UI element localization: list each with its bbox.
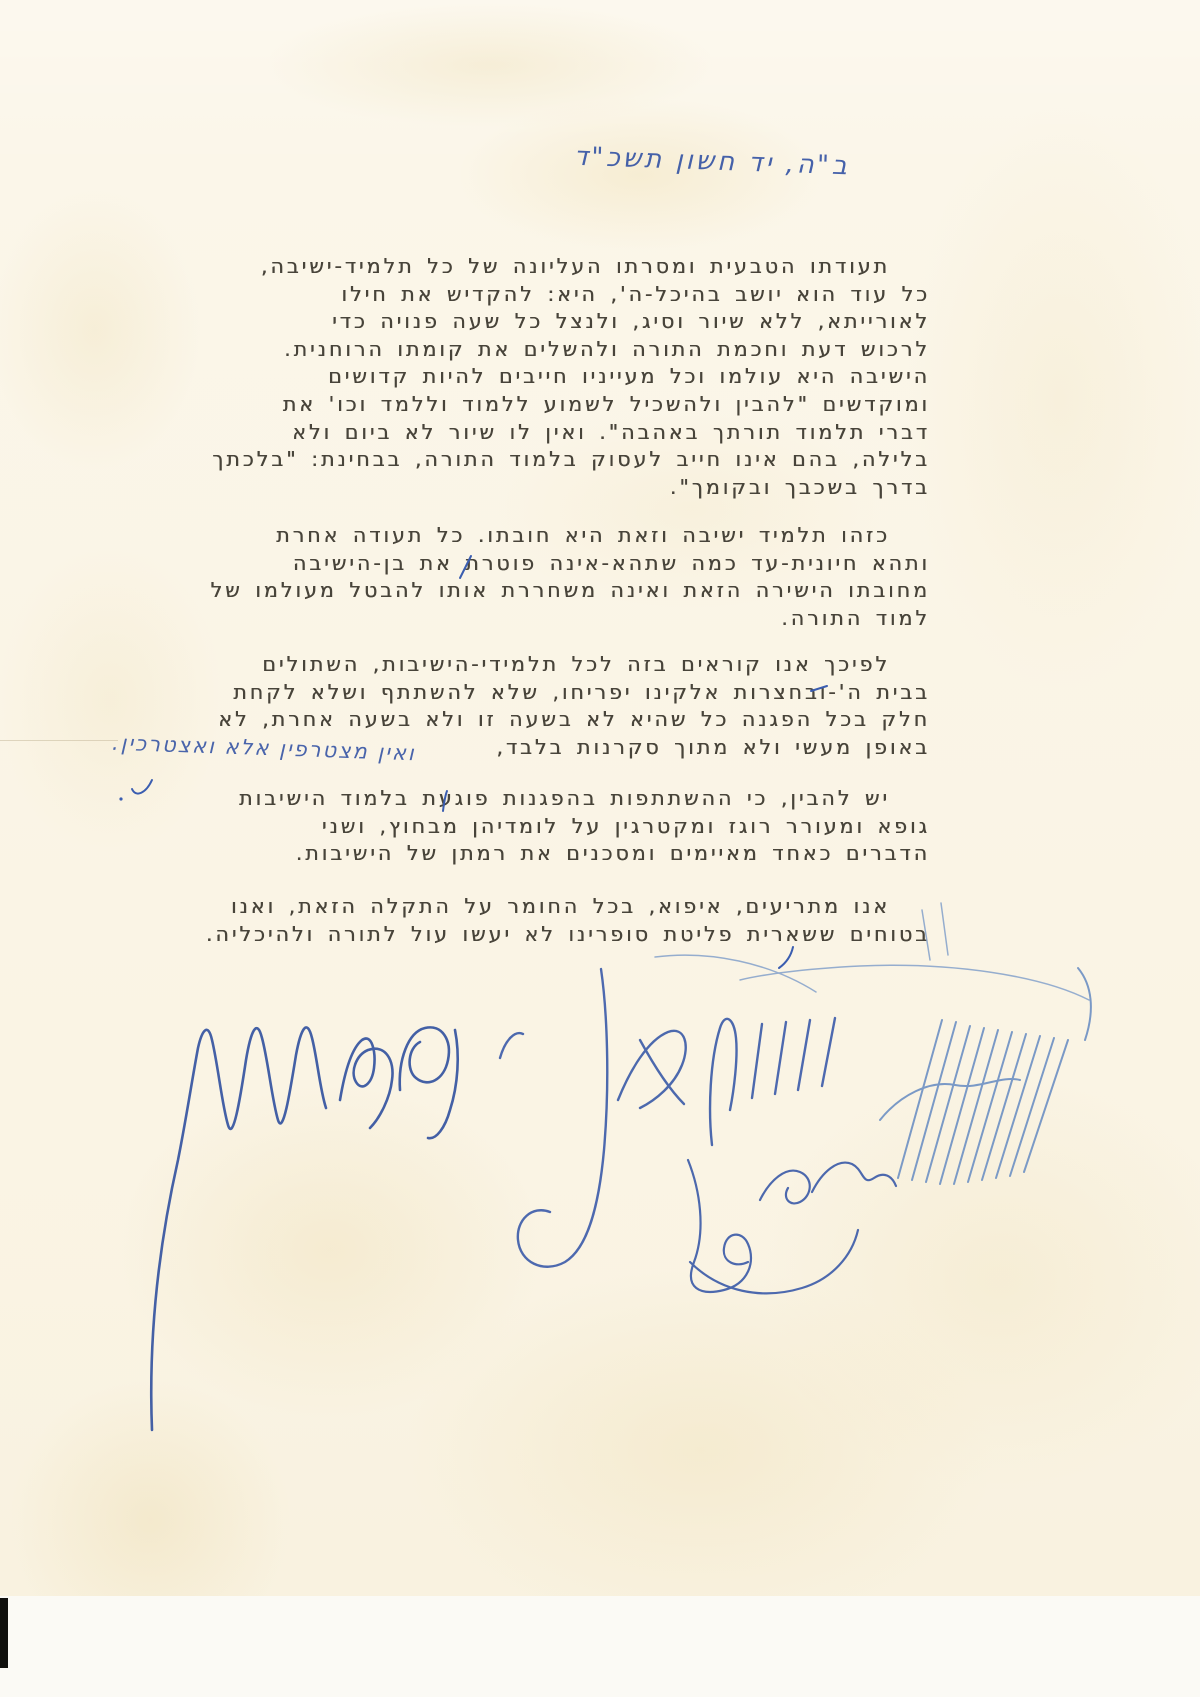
- typed-line: כל עוד הוא יושב בהיכל-ה', היא: להקדיש את…: [98, 281, 930, 309]
- scan-background: [0, 1596, 1200, 1697]
- signature-1: [151, 1027, 457, 1430]
- paragraph-2: כזהו תלמיד ישיבה וזאת היא חובתו. כל תעוד…: [98, 522, 930, 632]
- scan-edge-artifact: [0, 1598, 8, 1668]
- typed-line: לרכוש דעת וחכמת התורה ולהשלים את קומתו ה…: [98, 336, 930, 364]
- typed-line: בדרך בשכבך ובקומך".: [98, 474, 930, 502]
- typed-line: יש להבין, כי ההשתתפות בהפגנות פוגעת בלמו…: [98, 785, 930, 813]
- typed-line: דברי תלמוד תורתך באהבה". ואין לו שיור לא…: [98, 419, 930, 447]
- typed-line: ומוקדשים "להבין ולהשכיל לשמוע ללמוד וללמ…: [98, 391, 930, 419]
- signature-2: [500, 969, 835, 1267]
- typed-line: חלק בכל הפגנה כל שהיא לא בשעה זו ולא בשע…: [98, 706, 930, 734]
- typed-line: בלילה, בהם אינו חייב לעסוק בלמוד התורה, …: [98, 446, 930, 474]
- paragraph-5: אנו מתריעים, איפוא, בכל החומר על התקלה ה…: [98, 893, 930, 948]
- paragraph-4: יש להבין, כי ההשתתפות בהפגנות פוגעת בלמו…: [98, 785, 930, 868]
- typed-line: גופא ומעורר רוגז ומקטרגין על לומדיהן מבח…: [98, 813, 930, 841]
- typed-line: לאורייתא, ללא שיור וסיג, ולנצל כל שעה פנ…: [98, 308, 930, 336]
- typed-line: לפיכך אנו קוראים בזה לכל תלמידי-הישיבות,…: [98, 651, 930, 679]
- typed-line: ותהא חיונית-עד כמה שתהא-אינה פוטרת את בן…: [98, 550, 930, 578]
- typed-line: כזהו תלמיד ישיבה וזאת היא חובתו. כל תעוד…: [98, 522, 930, 550]
- typed-line: תעודתו הטבעית ומסרתו העליונה של כל תלמיד…: [98, 253, 930, 281]
- typed-line: למוד התורה.: [98, 605, 930, 633]
- handwritten-date: ב"ה, יד חשון תשכ"ד: [540, 141, 851, 182]
- typed-line: בטוחים ששארית פליטת סופרינו לא יעשו עול …: [98, 921, 930, 949]
- typed-line: מחובתו הישירה הזאת ואינה משחררת אותו להב…: [98, 577, 930, 605]
- comma-mark: [779, 947, 793, 968]
- signature-4: [880, 968, 1091, 1184]
- typed-line: הישיבה היא עולמו וכל מעייניו חייבים להיו…: [98, 363, 930, 391]
- typed-line: בבית ה'-ובחצרות אלקינו יפריחו, שלא להשתת…: [98, 679, 930, 707]
- signature-3: [688, 1160, 896, 1293]
- paragraph-1: תעודתו הטבעית ומסרתו העליונה של כל תלמיד…: [98, 253, 930, 501]
- typed-line: אנו מתריעים, איפוא, בכל החומר על התקלה ה…: [98, 893, 930, 921]
- letter-page: ב"ה, יד חשון תשכ"ד תעודתו הטבעית ומסרתו …: [0, 0, 1200, 1697]
- typed-line: הדברים כאחד מאיימים ומסכנים את רמתן של ה…: [98, 840, 930, 868]
